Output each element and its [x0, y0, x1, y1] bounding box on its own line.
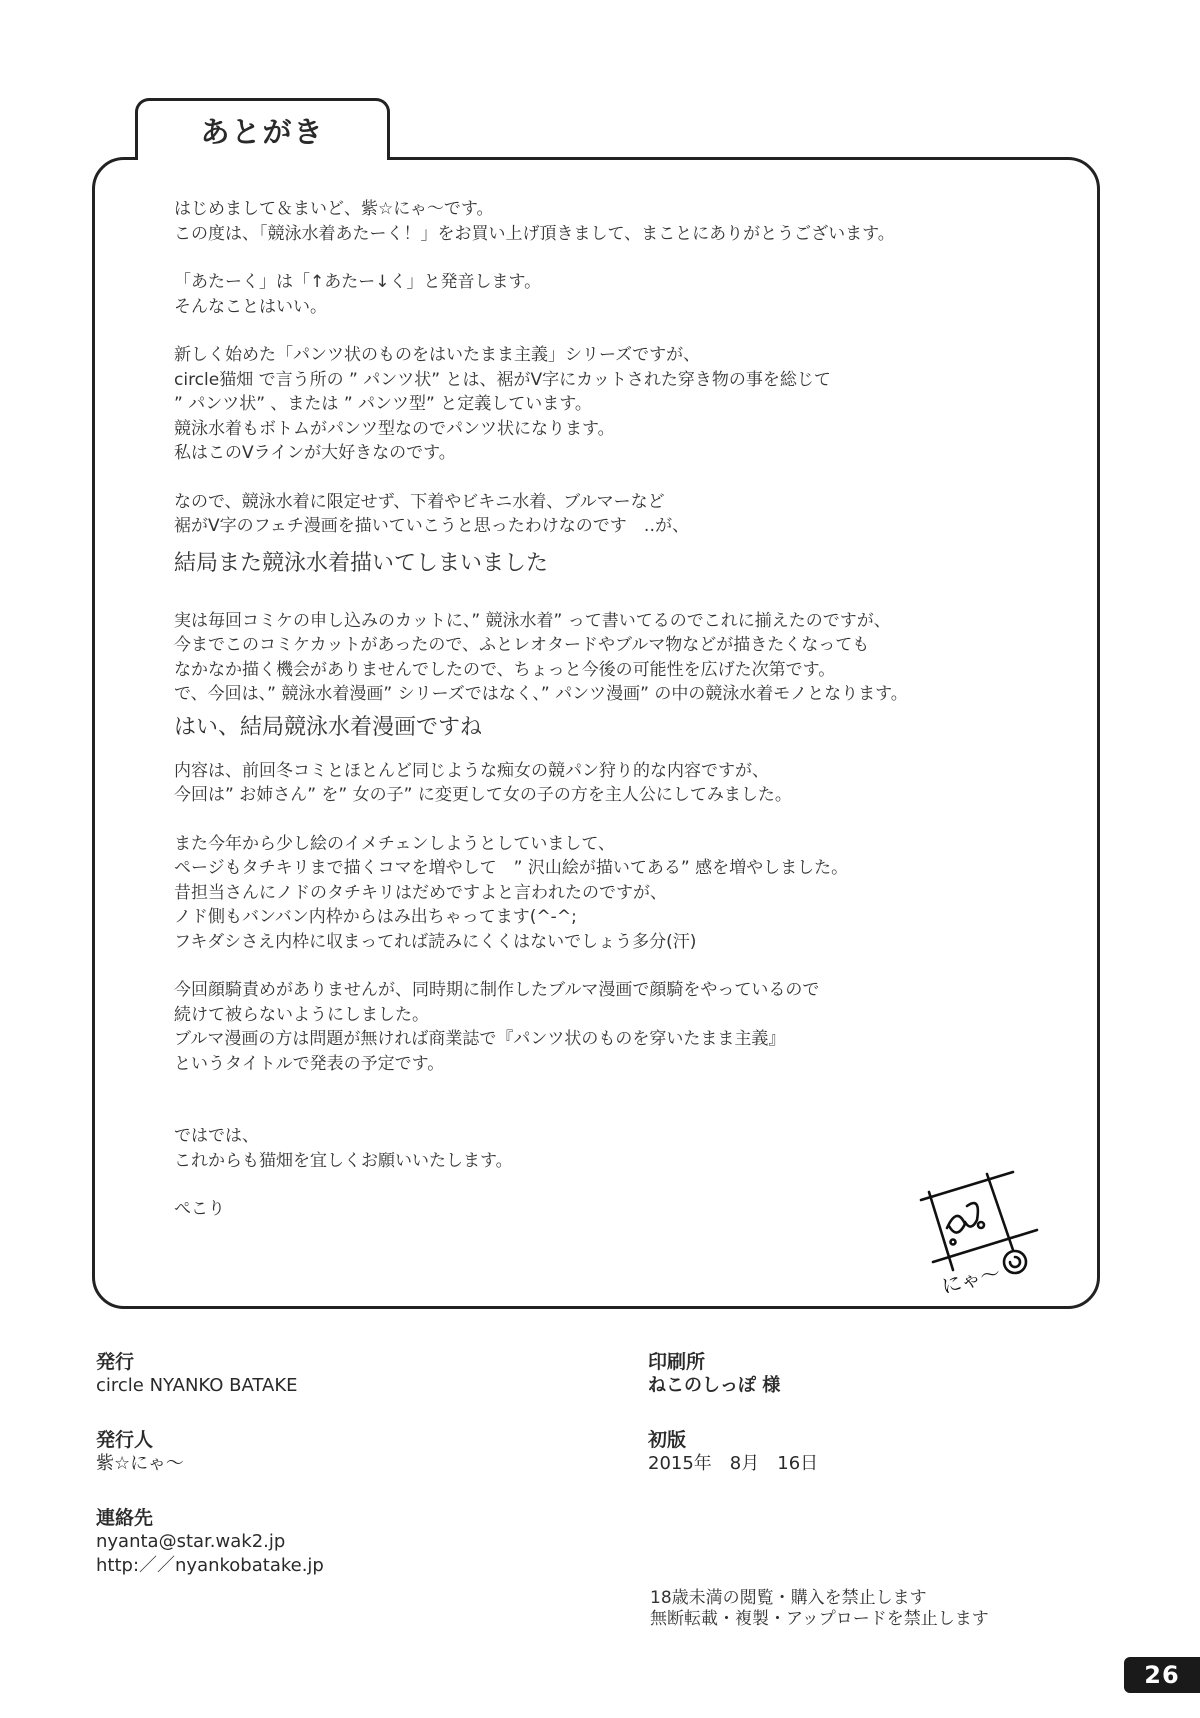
emphasis-line: はい、結局競泳水着漫画ですね	[174, 713, 1074, 743]
paragraph-series: 新しく始めた「パンツ状のものをはいたまま主義」シリーズですが、 circle猫畑…	[174, 343, 1074, 466]
age-restriction-notice: 18歳未満の閲覧・購入を禁止します	[650, 1588, 989, 1609]
text-line: 「あたーく」は「↑あたー↓く」と発音します。	[174, 270, 1074, 295]
text-line: というタイトルで発表の予定です。	[174, 1052, 1074, 1077]
copyright-notice: 無断転載・複製・アップロードを禁止します	[650, 1609, 989, 1630]
text-line: 今までこのコミケカットがあったので、ふとレオタードやブルマ物などが描きたくなって…	[174, 633, 1074, 658]
contact-url: http:／／nyankobatake.jp	[96, 1554, 324, 1578]
paragraph-greeting: はじめまして＆まいど、紫☆にゃ～です。 この度は、「競泳水着あたーく！」をお買い…	[174, 197, 1074, 246]
text-line: 今回は” お姉さん” を” 女の子” に変更して女の子の方を主人公にしてみました…	[174, 783, 1074, 808]
paragraph-comiket: 実は毎回コミケの申し込みのカットに、” 競泳水着” って書いてるのでこれに揃えた…	[174, 609, 1074, 707]
text-line: 内容は、前回冬コミとほとんど同じような痴女の競パン狩り的な内容ですが、	[174, 759, 1074, 784]
text-line: そんなことはいい。	[174, 295, 1074, 320]
text-line: はじめまして＆まいど、紫☆にゃ～です。	[174, 197, 1074, 222]
publisher-value: circle NYANKO BATAKE	[96, 1374, 324, 1398]
text-line: 続けて被らないようにしました。	[174, 1003, 1074, 1028]
publisher-label: 発行	[96, 1350, 324, 1374]
paragraph-farewell: ではでは、 これからも猫畑を宜しくお願いいたします。	[174, 1124, 1074, 1173]
text-line: 実は毎回コミケの申し込みのカットに、” 競泳水着” って書いてるのでこれに揃えた…	[174, 609, 1074, 634]
text-line: で、今回は、” 競泳水着漫画” シリーズではなく、” パンツ漫画” の中の競泳水…	[174, 682, 1074, 707]
emphasis-line: 結局また競泳水着描いてしまいました	[174, 549, 1074, 579]
text-line: なかなか描く機会がありませんでしたので、ちょっと今後の可能性を広げた次第です。	[174, 658, 1074, 683]
page-number: 26	[1144, 1661, 1179, 1689]
text-line: 昔担当さんにノドのタチキリはだめですよと言われたのですが、	[174, 881, 1074, 906]
printer-label: 印刷所	[648, 1350, 818, 1374]
contact-label: 連絡先	[96, 1506, 324, 1530]
text-line: 今回顔騎責めがありませんが、同時期に制作したブルマ漫画で顔騎をやっているので	[174, 978, 1074, 1003]
text-line: ページもタチキリまで描くコマを増やして ” 沢山絵が描いてある” 感を増やしまし…	[174, 856, 1074, 881]
text-line: ブルマ漫画の方は問題が無ければ商業誌で『パンツ状のものを穿いたまま主義』	[174, 1027, 1074, 1052]
paragraph-content: 内容は、前回冬コミとほとんど同じような痴女の競パン狩り的な内容ですが、 今回は”…	[174, 759, 1074, 808]
first-edition-value: 2015年 8月 16日	[648, 1452, 818, 1476]
first-edition-label: 初版	[648, 1428, 818, 1452]
author-signature: にゃ～	[915, 1170, 1055, 1295]
issuer-value: 紫☆にゃ～	[96, 1452, 324, 1476]
paragraph-plans: 今回顔騎責めがありませんが、同時期に制作したブルマ漫画で顔騎をやっているので 続…	[174, 978, 1074, 1076]
signature-sketch-icon: にゃ～	[915, 1170, 1055, 1295]
text-line: circle猫畑 で言う所の ” パンツ状” とは、裾がV字にカットされた穿き物…	[174, 368, 1074, 393]
text-line: 競泳水着もボトムがパンツ型なのでパンツ状になります。	[174, 417, 1074, 442]
issuer-label: 発行人	[96, 1428, 324, 1452]
legal-notices: 18歳未満の閲覧・購入を禁止します 無断転載・複製・アップロードを禁止します	[650, 1588, 989, 1630]
contact-email: nyanta@star.wak2.jp	[96, 1530, 324, 1554]
text-line: また今年から少し絵のイメチェンしようとしていまして、	[174, 832, 1074, 857]
text-line: 新しく始めた「パンツ状のものをはいたまま主義」シリーズですが、	[174, 343, 1074, 368]
printer-value: ねこのしっぽ 様	[648, 1374, 818, 1398]
text-line: ” パンツ状” 、または ” パンツ型” と定義しています。	[174, 392, 1074, 417]
text-line: 裾がV字のフェチ漫画を描いていこうと思ったわけなのです ‥が、	[174, 514, 1074, 539]
text-line: なので、競泳水着に限定せず、下着やビキニ水着、ブルマーなど	[174, 490, 1074, 515]
paragraph-intent: なので、競泳水着に限定せず、下着やビキニ水着、ブルマーなど 裾がV字のフェチ漫画…	[174, 490, 1074, 539]
afterword-tab: あとがき	[135, 98, 390, 160]
page-number-badge: 26	[1124, 1657, 1200, 1693]
text-line: 私はこのVラインが大好きなのです。	[174, 441, 1074, 466]
colophon-left: 発行 circle NYANKO BATAKE 発行人 紫☆にゃ～ 連絡先 ny…	[96, 1350, 324, 1608]
paragraph-style: また今年から少し絵のイメチェンしようとしていまして、 ページもタチキリまで描くコ…	[174, 832, 1074, 955]
svg-text:にゃ～: にゃ～	[939, 1261, 1003, 1295]
text-line: フキダシさえ内枠に収まってれば読みにくくはないでしょう多分(汗)	[174, 930, 1074, 955]
text-line: この度は、「競泳水着あたーく！」をお買い上げ頂きまして、まことにありがとうござい…	[174, 222, 1074, 247]
afterword-text: はじめまして＆まいど、紫☆にゃ～です。 この度は、「競泳水着あたーく！」をお買い…	[174, 197, 1074, 1222]
text-line: ではでは、	[174, 1124, 1074, 1149]
colophon-right: 印刷所 ねこのしっぽ 様 初版 2015年 8月 16日	[648, 1350, 818, 1506]
text-line: ノド側もバンバン内枠からはみ出ちゃってます(^-^;	[174, 905, 1074, 930]
paragraph-pronunciation: 「あたーく」は「↑あたー↓く」と発音します。 そんなことはいい。	[174, 270, 1074, 319]
page-title: あとがき	[200, 110, 324, 151]
